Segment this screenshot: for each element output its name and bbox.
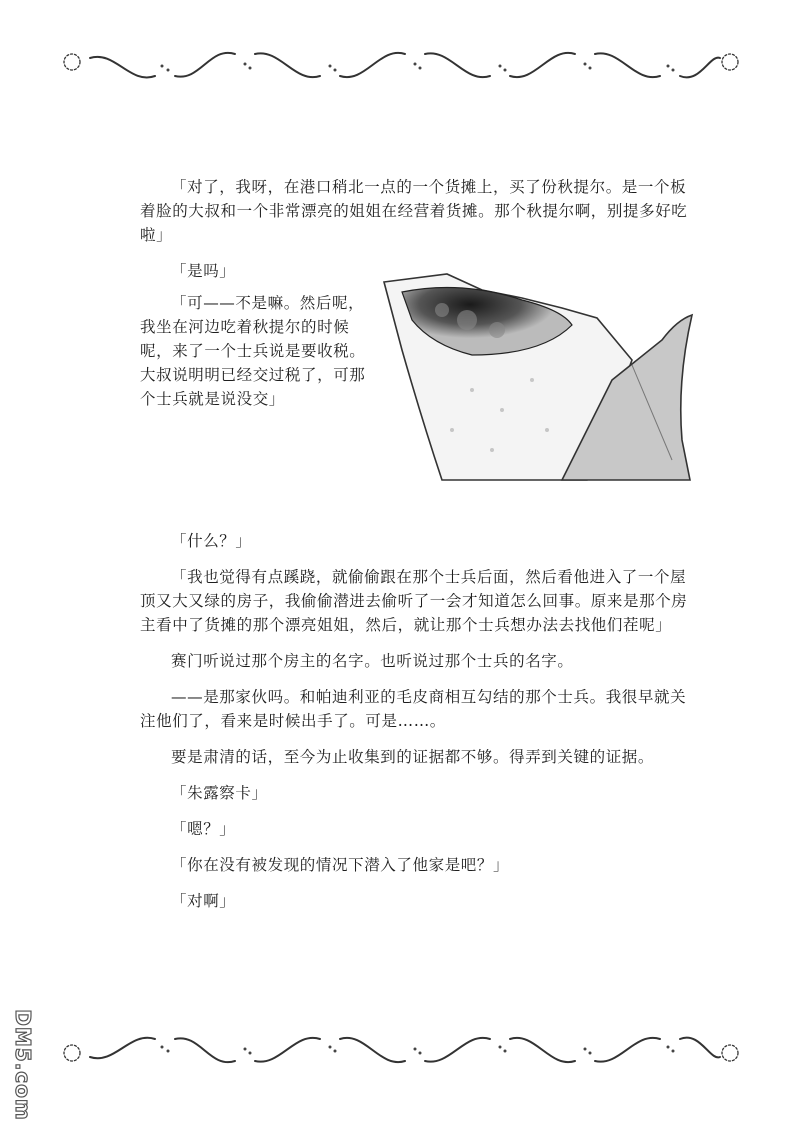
top-floral-border	[60, 40, 740, 90]
pastry-wrapped-in-paper-icon	[372, 270, 698, 482]
paragraph: 「我也觉得有点蹊跷，就偷偷跟在那个士兵后面，然后看他进入了一个屋顶又大又绿的房子…	[140, 565, 690, 637]
pastry-illustration	[372, 270, 698, 482]
paragraph: 「你在没有被发现的情况下潜入了他家是吧？」	[140, 853, 690, 877]
paragraph: 「什么？」	[140, 529, 690, 553]
watermark-text: DM5.com	[11, 1009, 35, 1120]
paragraph: 「朱露察卡」	[140, 781, 690, 805]
paragraph: 「对了，我呀，在港口稍北一点的一个货摊上，买了份秋提尔。是一个板着脸的大叔和一个…	[140, 175, 690, 247]
paragraph: 赛门听说过那个房主的名字。也听说过那个士兵的名字。	[140, 649, 690, 673]
paragraph: 要是肃清的话，至今为止收集到的证据都不够。得弄到关键的证据。	[140, 745, 690, 769]
bottom-floral-border	[60, 1025, 740, 1075]
paragraph: 「嗯？」	[140, 817, 690, 841]
floral-vine-icon	[60, 1025, 740, 1075]
paragraph: 「对啊」	[140, 889, 690, 913]
site-watermark: DM5.com	[8, 1015, 38, 1115]
paragraph: ——是那家伙吗。和帕迪利亚的毛皮商相互勾结的那个士兵。我很早就关注他们了，看来是…	[140, 685, 690, 733]
paragraph: 「可——不是嘛。然后呢，我坐在河边吃着秋提尔的时候呢，来了一个士兵说是要收税。大…	[140, 291, 380, 411]
floral-vine-icon	[60, 40, 740, 90]
